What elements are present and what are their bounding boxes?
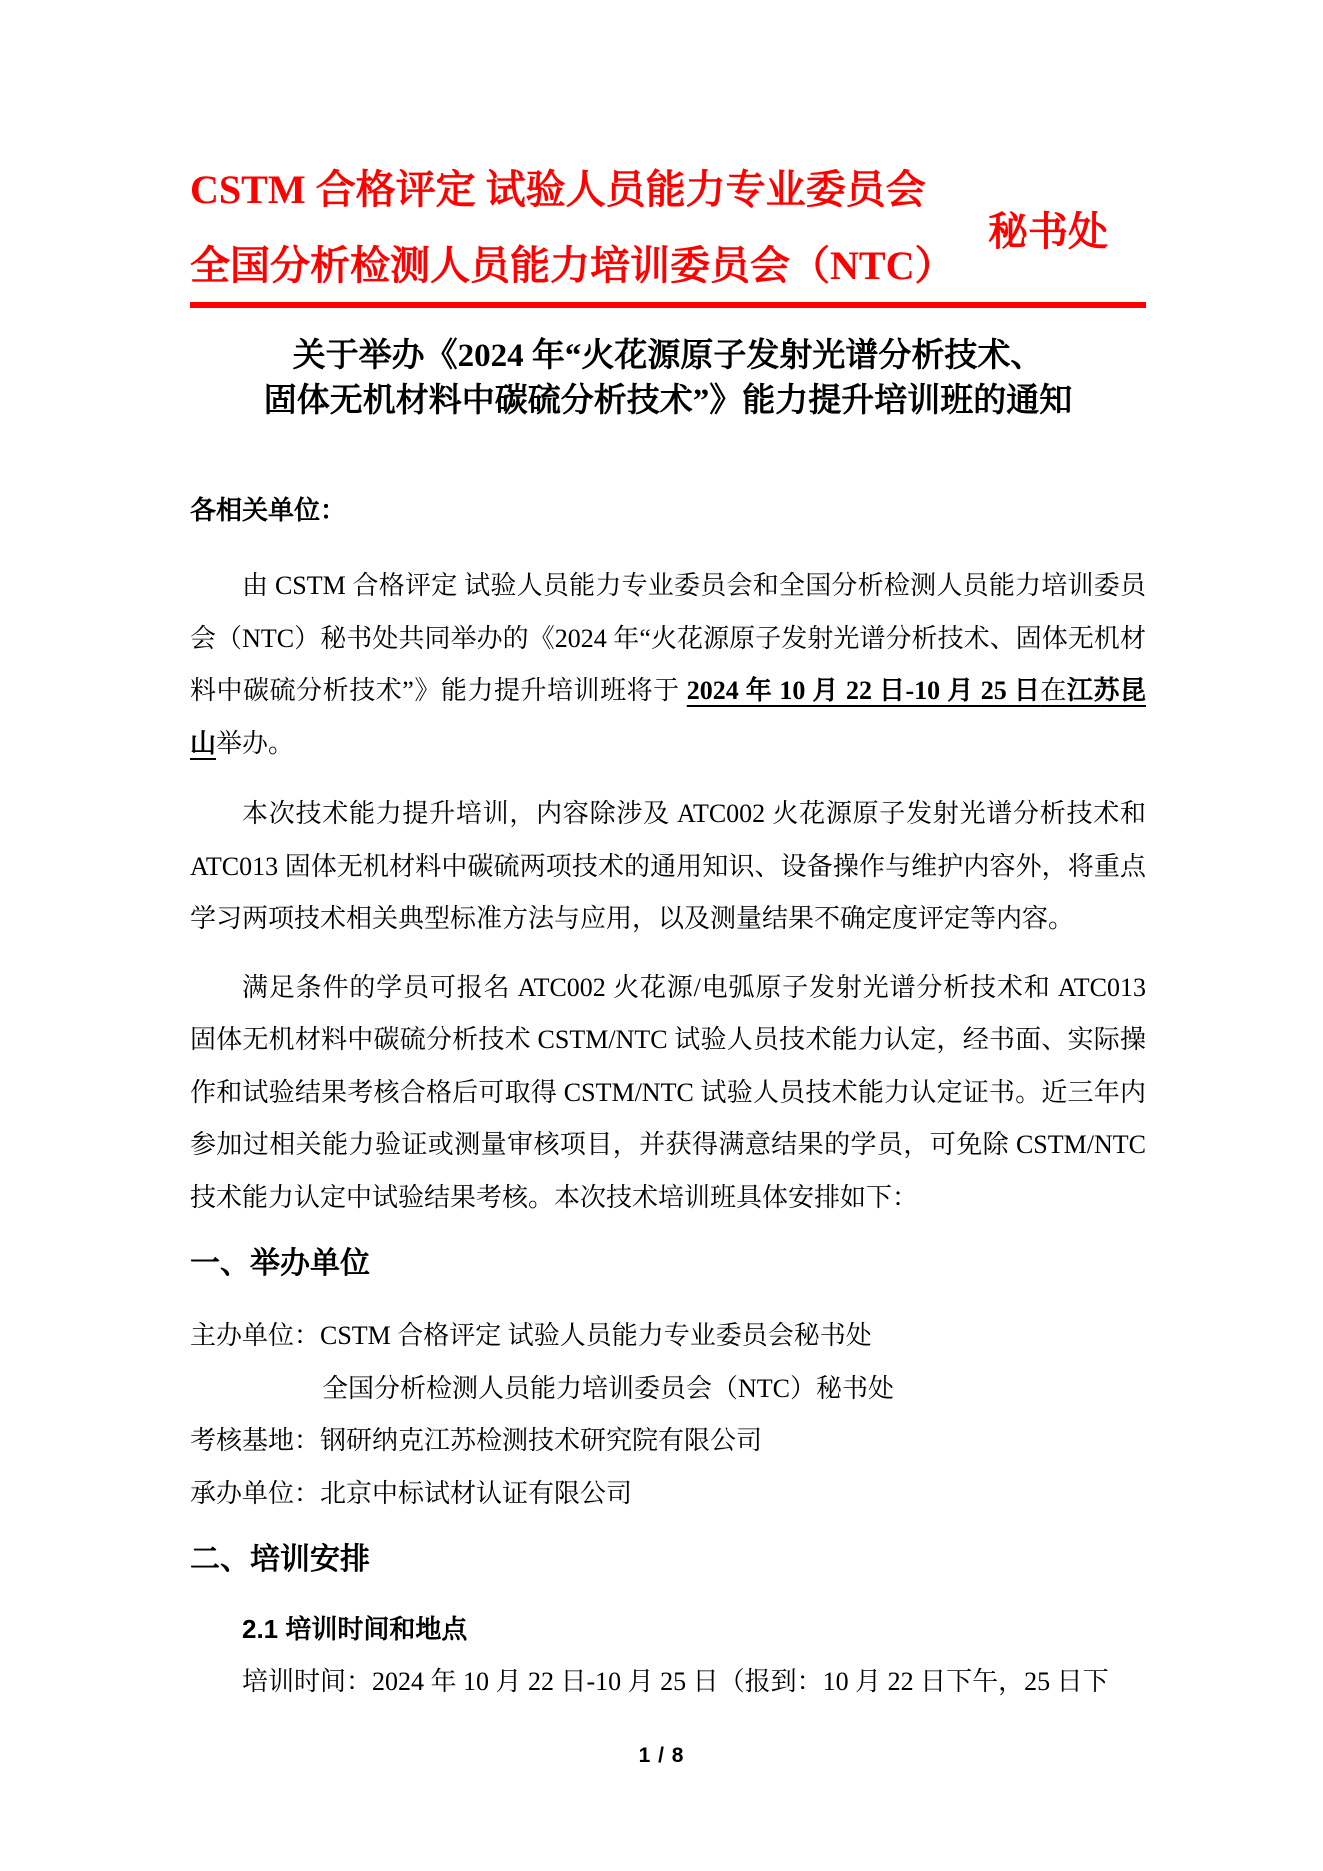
letterhead: CSTM 合格评定 试验人员能力专业委员会 全国分析检测人员能力培训委员会（NT…	[190, 152, 1146, 304]
document-page: CSTM 合格评定 试验人员能力专业委员会 全国分析检测人员能力培训委员会（NT…	[0, 0, 1323, 1871]
letterhead-lines: CSTM 合格评定 试验人员能力专业委员会 全国分析检测人员能力培训委员会（NT…	[190, 152, 988, 304]
paragraph-1: 由 CSTM 合格评定 试验人员能力专业委员会和全国分析检测人员能力培训委员会（…	[190, 560, 1146, 770]
training-time-line: 培训时间：2024 年 10 月 22 日-10 月 25 日（报到：10 月 …	[190, 1656, 1146, 1709]
subsection-2-1-heading: 2.1 培训时间和地点	[190, 1603, 1146, 1656]
paragraph-2: 本次技术能力提升培训，内容除涉及 ATC002 火花源原子发射光谱分析技术和 A…	[190, 788, 1146, 946]
letterhead-secretariat-label: 秘书处	[988, 200, 1108, 257]
salutation: 各相关单位：	[190, 494, 1146, 526]
letterhead-line-2: 全国分析检测人员能力培训委员会（NTC）	[190, 228, 988, 304]
organizer-host-line: 主办单位：CSTM 合格评定 试验人员能力专业委员会秘书处	[190, 1310, 1146, 1363]
document-title-line-2: 固体无机材料中碳硫分析技术”》能力提升培训班的通知	[190, 379, 1146, 424]
organizer-undertaker-line: 承办单位：北京中标试材认证有限公司	[190, 1468, 1146, 1521]
organizer-list: 主办单位：CSTM 合格评定 试验人员能力专业委员会秘书处 全国分析检测人员能力…	[190, 1310, 1146, 1520]
paragraph-1-closing-text: 举办。	[216, 729, 294, 758]
paragraph-1-connector-text: 在	[1040, 676, 1067, 705]
document-title: 关于举办《2024 年“火花源原子发射光谱分析技术、 固体无机材料中碳硫分析技术…	[190, 334, 1146, 424]
paragraph-3: 满足条件的学员可报名 ATC002 火花源/电弧原子发射光谱分析技术和 ATC0…	[190, 962, 1146, 1225]
document-title-line-1: 关于举办《2024 年“火花源原子发射光谱分析技术、	[190, 334, 1146, 379]
training-dates-text: 2024 年 10 月 22 日-10 月 25 日	[687, 676, 1041, 705]
section-2-heading: 二、培训安排	[190, 1540, 1146, 1580]
organizer-host-line-2: 全国分析检测人员能力培训委员会（NTC）秘书处	[190, 1363, 1146, 1416]
page-number: 1 / 8	[0, 1744, 1323, 1768]
section-1-heading: 一、举办单位	[190, 1244, 1146, 1284]
organizer-assessment-base-line: 考核基地：钢研纳克江苏检测技术研究院有限公司	[190, 1415, 1146, 1468]
letterhead-line-1: CSTM 合格评定 试验人员能力专业委员会	[190, 152, 988, 228]
